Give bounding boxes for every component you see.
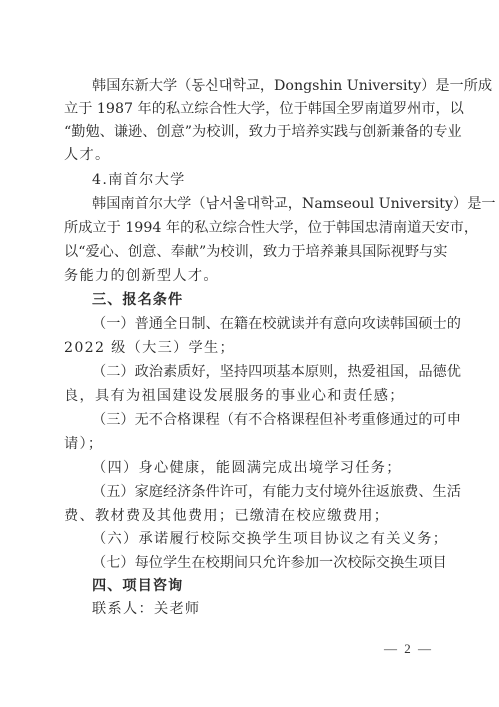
requirement-5-line-1: （五）家庭经济条件许可，有能力支付境外往返旅费、生活 — [92, 482, 461, 502]
requirement-2-line-2: 良，具有为祖国建设发展服务的事业心和责任感； — [64, 386, 405, 406]
requirement-5-line-2: 费、教材费及其他费用；已缴清在校应缴费用； — [64, 506, 389, 526]
requirement-2-line-1: （二）政治素质好，坚持四项基本原则，热爱祖国，品德优 — [92, 362, 461, 382]
requirement-4: （四）身心健康，能圆满完成出境学习任务； — [92, 458, 402, 478]
paragraph-namseoul-line-2: 所成立于 1994 年的私立综合性大学，位于韩国忠清南道天安市， — [64, 218, 478, 238]
contact-person: 联系人：关老师 — [92, 599, 200, 619]
paragraph-dongshin-line-2: 立于 1987 年的私立综合性大学，位于韩国全罗南道罗州市，以 — [64, 99, 464, 119]
paragraph-dongshin-line-4: 人才。 — [64, 145, 110, 165]
requirement-3-line-2: 请）； — [64, 434, 103, 454]
paragraph-dongshin-line-3: “勤勉、谦逊、创意”为校训，致力于培养实践与创新兼备的专业 — [64, 122, 462, 142]
subheading-namseoul: 4.南首尔大学 — [92, 170, 186, 190]
document-page: 韩国东新大学（동신대학교，Dongshin University）是一所成 立于… — [0, 0, 499, 707]
requirement-1-line-1: （一）普通全日制、在籍在校就读并有意向攻读韩国硕士的 — [92, 314, 461, 334]
requirement-1-line-2: 2022 级（大三）学生； — [64, 338, 235, 358]
paragraph-dongshin-line-1: 韩国东新大学（동신대학교，Dongshin University）是一所成 — [92, 76, 492, 96]
paragraph-namseoul-line-1: 韩国南首尔大学（남서울대학교，Namseoul University）是一 — [92, 194, 496, 214]
section-heading-requirements: 三、报名条件 — [92, 290, 183, 310]
requirement-3-line-1: （三）无不合格课程（有不合格课程但补考重修通过的可申 — [92, 410, 461, 430]
paragraph-namseoul-line-4: 务能力的创新型人才。 — [64, 266, 219, 286]
paragraph-namseoul-line-3: 以“爱心、创意、奉献”为校训，致力于培养兼具国际视野与实 — [64, 242, 447, 262]
requirement-6: （六）承诺履行校际交换学生项目协议之有关义务； — [92, 529, 448, 549]
section-heading-consultation: 四、项目咨询 — [92, 576, 183, 596]
page-number: — 2 — — [384, 641, 433, 657]
requirement-7: （七）每位学生在校期间只允许参加一次校际交换生项目 — [92, 553, 447, 573]
